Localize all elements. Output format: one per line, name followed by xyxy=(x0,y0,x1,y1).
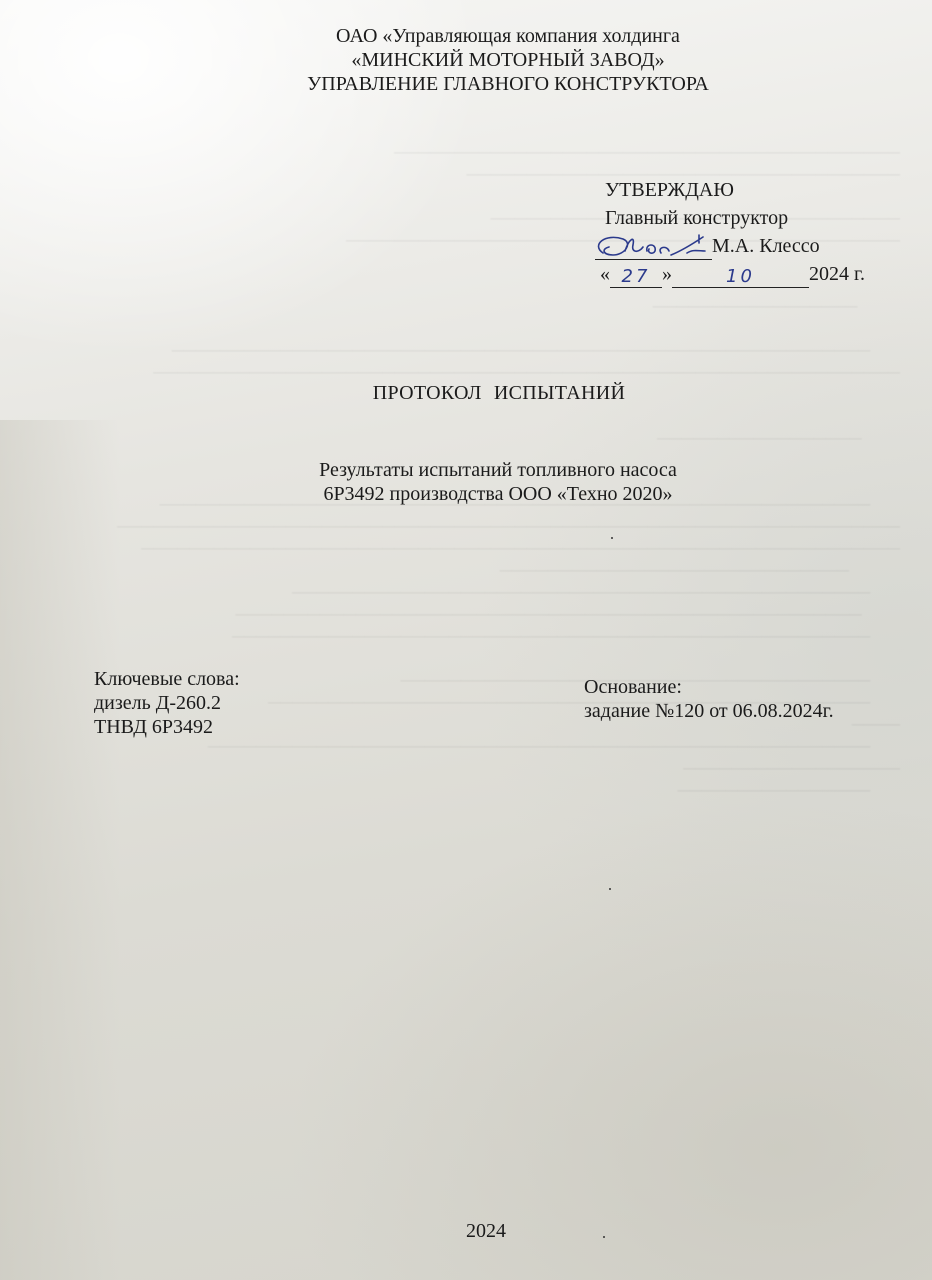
date-open-quote: « xyxy=(600,260,610,288)
approval-block: УТВЕРЖДАЮ Главный конструктор М.А. Клесс… xyxy=(605,176,865,288)
header-line-plant: «МИНСКИЙ МОТОРНЫЙ ЗАВОД» xyxy=(0,48,932,72)
approver-position: Главный конструктор xyxy=(605,204,865,232)
signature-icon xyxy=(595,231,715,261)
stray-dot xyxy=(609,888,611,890)
organization-header: ОАО «Управляющая компания холдинга «МИНС… xyxy=(0,24,932,96)
basis-value: задание №120 от 06.08.2024г. xyxy=(584,699,834,723)
stray-dot xyxy=(611,537,613,539)
header-line-company: ОАО «Управляющая компания холдинга xyxy=(0,24,932,48)
keywords-label: Ключевые слова: xyxy=(94,667,240,691)
document-page: ────────────────────────────────────────… xyxy=(0,0,932,1280)
keywords-block: Ключевые слова: дизель Д-260.2 ТНВД 6Р34… xyxy=(94,667,240,739)
date-close-quote: » xyxy=(662,260,672,288)
date-month-value: 10 xyxy=(726,266,755,287)
basis-label: Основание: xyxy=(584,675,834,699)
subtitle-line-1: Результаты испытаний топливного насоса xyxy=(0,458,932,482)
document-subtitle: Результаты испытаний топливного насоса 6… xyxy=(0,458,932,506)
document-title: ПРОТОКОЛ ИСПЫТАНИЙ xyxy=(0,382,932,405)
date-year: 2024 г. xyxy=(809,260,865,288)
title-word-tests: ИСПЫТАНИЙ xyxy=(494,382,625,404)
subtitle-line-2: 6Р3492 производства ООО «Техно 2020» xyxy=(0,482,932,506)
approval-date-row: « 27 » 10 2024 г. xyxy=(605,260,865,288)
date-day-field: 27 xyxy=(610,263,662,288)
date-month-field: 10 xyxy=(672,263,809,288)
signature-row: М.А. Клессо xyxy=(605,232,865,260)
keyword-item: ТНВД 6Р3492 xyxy=(94,715,240,739)
page-shadow xyxy=(0,420,120,1280)
signature-line xyxy=(595,235,712,260)
approver-name: М.А. Клессо xyxy=(712,232,820,260)
date-day-value: 27 xyxy=(622,266,651,287)
header-line-department: УПРАВЛЕНИЕ ГЛАВНОГО КОНСТРУКТОРА xyxy=(0,72,932,96)
footer-year: 2024 xyxy=(0,1220,932,1243)
keyword-item: дизель Д-260.2 xyxy=(94,691,240,715)
basis-block: Основание: задание №120 от 06.08.2024г. xyxy=(584,675,834,723)
title-word-protocol: ПРОТОКОЛ xyxy=(373,382,482,404)
approval-label: УТВЕРЖДАЮ xyxy=(605,176,865,204)
